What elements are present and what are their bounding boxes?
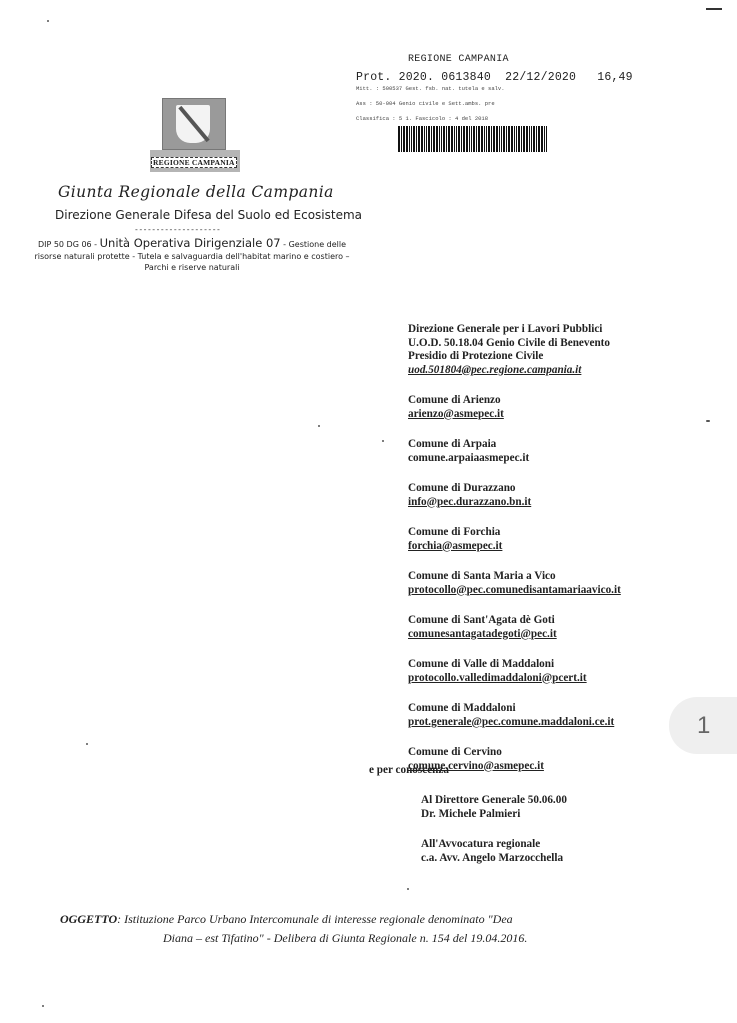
coat-of-arms-icon bbox=[162, 98, 226, 150]
recipient-email-link[interactable]: info@pec.durazzano.bn.it bbox=[408, 496, 531, 508]
page-number: 1 bbox=[697, 712, 710, 740]
uod-title: Unità Operativa Dirigenziale 07 bbox=[100, 236, 281, 250]
logo-label: REGIONE CAMPANIA bbox=[151, 157, 237, 168]
recipient-name: U.O.D. 50.18.04 Genio Civile di Benevent… bbox=[408, 337, 728, 351]
subject-line-2: Diana – est Tifatino" - Delibera di Giun… bbox=[60, 929, 620, 948]
cc-line: c.a. Avv. Angelo Marzocchella bbox=[421, 852, 721, 866]
recipient-name: Comune di Forchia bbox=[408, 526, 728, 540]
recipient-email-link[interactable]: uod.501804@pec.regione.campania.it bbox=[408, 364, 581, 376]
scan-speck bbox=[382, 440, 384, 442]
scan-speck bbox=[318, 425, 320, 427]
recipient-email-link[interactable]: comunesantagatadegoti@pec.it bbox=[408, 628, 557, 640]
recipient-name: Presidio di Protezione Civile bbox=[408, 350, 728, 364]
stamp-sender: Mitt. : 500537 Gest. fsb. nat. tutela e … bbox=[356, 85, 626, 92]
minimize-icon[interactable] bbox=[706, 8, 722, 10]
scan-speck bbox=[42, 1005, 44, 1007]
protocol-stamp: REGIONE CAMPANIA Prot. 2020. 0613840 22/… bbox=[356, 54, 626, 152]
recipient-item: Comune di Arpaiacomune.arpaiaasmepec.it bbox=[408, 438, 728, 465]
separator: -------------------- bbox=[134, 225, 220, 234]
recipient-email-link[interactable]: protocollo.valledimaddaloni@pcert.it bbox=[408, 672, 587, 684]
subject-line-1: Istituzione Parco Urbano Intercomunale d… bbox=[124, 912, 513, 926]
cc-line: Dr. Michele Palmieri bbox=[421, 808, 721, 822]
recipient-email-link[interactable]: protocollo@pec.comunedisantamariaavico.i… bbox=[408, 584, 621, 596]
recipient-email-link[interactable]: prot.generale@pec.comune.maddaloni.ce.it bbox=[408, 716, 614, 728]
protocol-date: 22/12/2020 bbox=[505, 71, 576, 84]
protocol-number: Prot. 2020. 0613840 bbox=[356, 71, 491, 84]
giunta-title: Giunta Regionale della Campania bbox=[58, 183, 334, 201]
direzione-title: Direzione Generale Difesa del Suolo ed E… bbox=[55, 208, 362, 222]
recipient-name: Comune di Sant'Agata dè Goti bbox=[408, 614, 728, 628]
recipient-name: Comune di Durazzano bbox=[408, 482, 728, 496]
recipient-item: Comune di Durazzanoinfo@pec.durazzano.bn… bbox=[408, 482, 728, 509]
recipient-email-link[interactable]: forchia@asmepec.it bbox=[408, 540, 502, 552]
stamp-assignee: Ass : 50-004 Genio civile e Sett.ambs. p… bbox=[356, 100, 626, 107]
recipient-name: Comune di Valle di Maddaloni bbox=[408, 658, 728, 672]
recipient-name: Comune di Arienzo bbox=[408, 394, 728, 408]
uod-prefix: DIP 50 DG 06 - bbox=[38, 240, 100, 249]
recipient-item: Comune di Santa Maria a Vicoprotocollo@p… bbox=[408, 570, 728, 597]
scan-speck bbox=[706, 420, 710, 422]
stamp-protocol-line: Prot. 2020. 0613840 22/12/2020 16,49 bbox=[356, 71, 626, 84]
recipient-item: Comune di Forchiaforchia@asmepec.it bbox=[408, 526, 728, 553]
recipient-email-link[interactable]: comune.arpaiaasmepec.it bbox=[408, 452, 529, 464]
recipient-name: Direzione Generale per i Lavori Pubblici bbox=[408, 323, 728, 337]
recipient-item: Comune di Arienzoarienzo@asmepec.it bbox=[408, 394, 728, 421]
recipient-item: Direzione Generale per i Lavori Pubblici… bbox=[408, 323, 728, 377]
recipient-item: Comune di Valle di Maddaloniprotocollo.v… bbox=[408, 658, 728, 685]
barcode bbox=[398, 126, 548, 152]
cc-list: Al Direttore Generale 50.06.00Dr. Michel… bbox=[421, 794, 721, 882]
scan-speck bbox=[86, 743, 88, 745]
stamp-classification: Classifica : 5 1. Fascicolo : 4 del 2018 bbox=[356, 115, 626, 122]
uod-description: DIP 50 DG 06 - Unità Operativa Dirigenzi… bbox=[27, 238, 357, 274]
subject: OGGETTO: Istituzione Parco Urbano Interc… bbox=[60, 910, 620, 948]
recipient-email-link[interactable]: arienzo@asmepec.it bbox=[408, 408, 504, 420]
recipient-name: Comune di Arpaia bbox=[408, 438, 728, 452]
recipient-item: Comune di Sant'Agata dè Goticomunesantag… bbox=[408, 614, 728, 641]
per-conoscenza-label: e per conoscenza bbox=[369, 764, 449, 776]
protocol-time: 16,49 bbox=[597, 71, 633, 84]
cc-line: All'Avvocatura regionale bbox=[421, 838, 721, 852]
subject-label: OGGETTO bbox=[60, 912, 117, 926]
page-number-badge[interactable]: 1 bbox=[669, 697, 737, 754]
recipient-name: Comune di Santa Maria a Vico bbox=[408, 570, 728, 584]
cc-line: Al Direttore Generale 50.06.00 bbox=[421, 794, 721, 808]
cc-item: All'Avvocatura regionalec.a. Avv. Angelo… bbox=[421, 838, 721, 865]
recipient-item: Comune di Cervinocomune.cervino@asmepec.… bbox=[408, 746, 728, 773]
cc-item: Al Direttore Generale 50.06.00Dr. Michel… bbox=[421, 794, 721, 821]
stamp-header: REGIONE CAMPANIA bbox=[408, 54, 626, 65]
scan-speck bbox=[47, 20, 49, 22]
scan-speck bbox=[407, 888, 409, 890]
regione-campania-logo: REGIONE CAMPANIA bbox=[150, 98, 268, 172]
